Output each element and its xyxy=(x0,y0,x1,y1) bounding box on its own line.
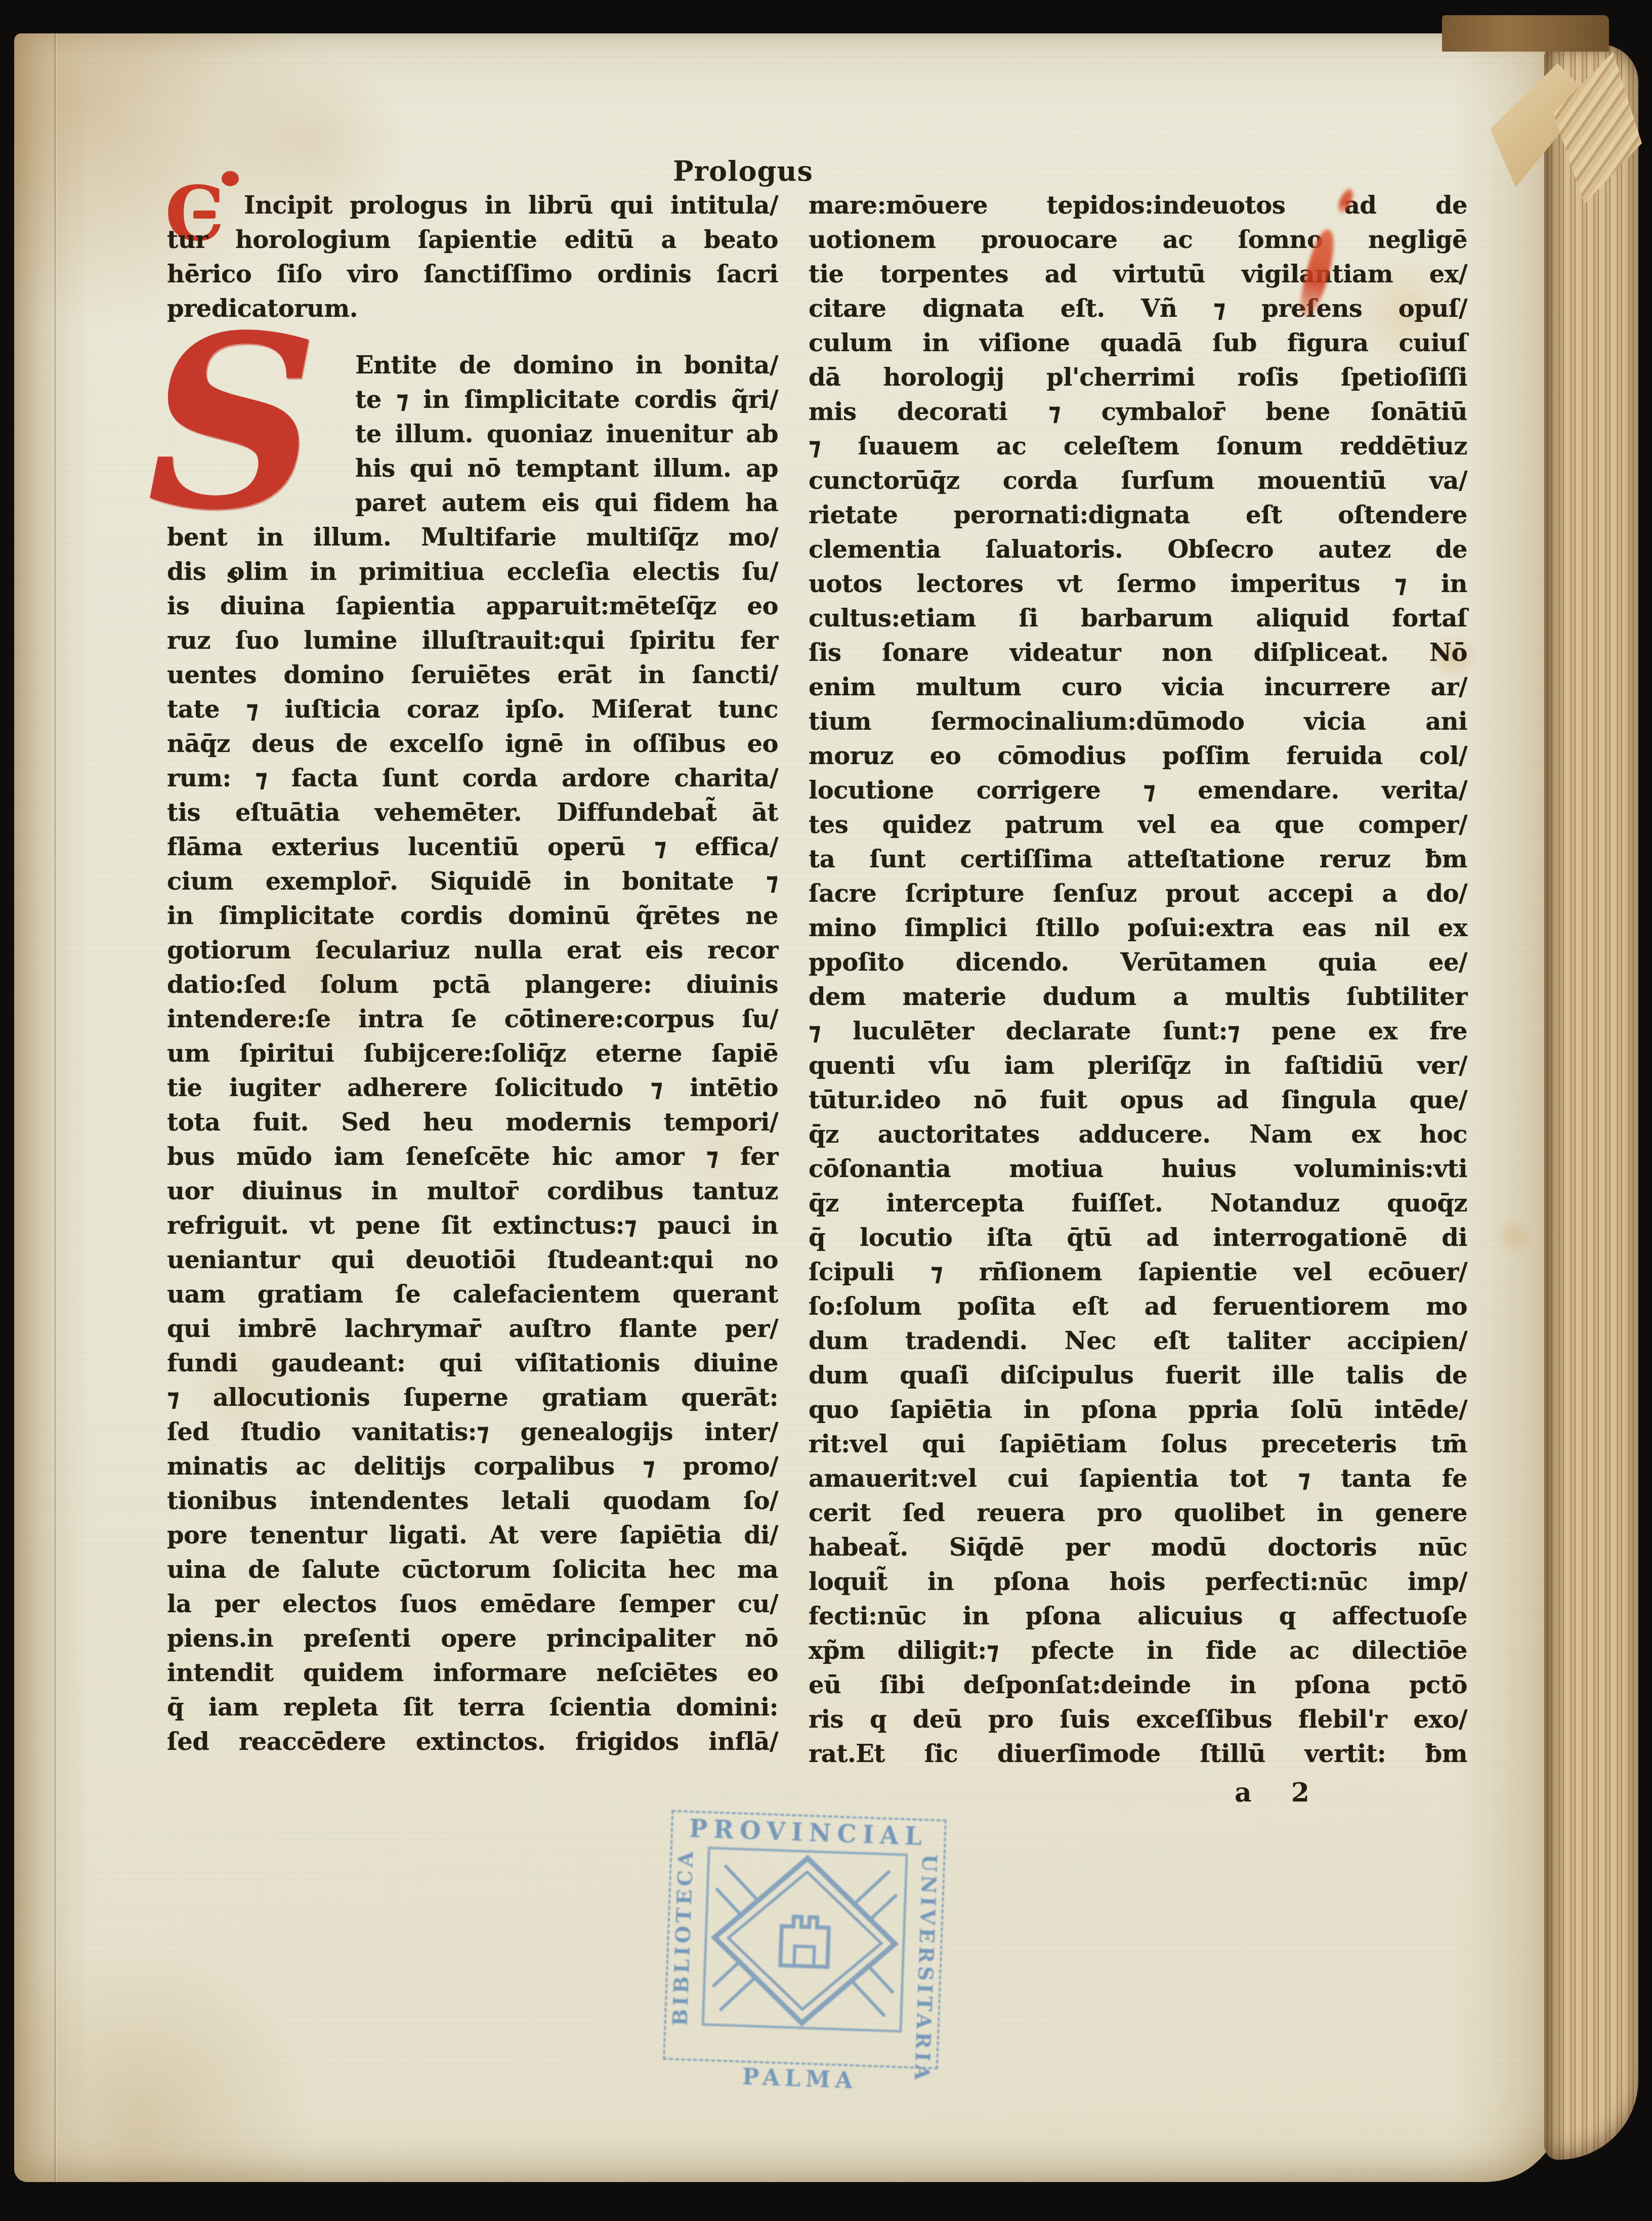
dog-eared-corner xyxy=(1470,48,1644,215)
rubric-initial-ball xyxy=(222,171,239,186)
right-text-column: mare:mōuere tepidos:indeuotos ad deuotio… xyxy=(809,188,1467,1771)
left-text-column: Entite de domino in bonita/te ⁊ in ſimpl… xyxy=(167,348,778,1759)
running-title: Prologus xyxy=(673,155,855,187)
stamp-emblem xyxy=(704,1849,906,2032)
binding-crease xyxy=(54,33,57,2182)
book-top-edge-board xyxy=(1442,15,1609,52)
book-fore-edge-page-stack xyxy=(1544,45,1638,2160)
photograph-of-incunabulum-page: Prologus C Incipit prologus in librū qui… xyxy=(0,0,1652,2221)
quire-signature-mark: a 2 xyxy=(1235,1777,1346,1808)
library-ownership-stamp: PROVINCIAL BIBLIOTECA UNIVERSITARIA PALM… xyxy=(649,1796,960,2100)
